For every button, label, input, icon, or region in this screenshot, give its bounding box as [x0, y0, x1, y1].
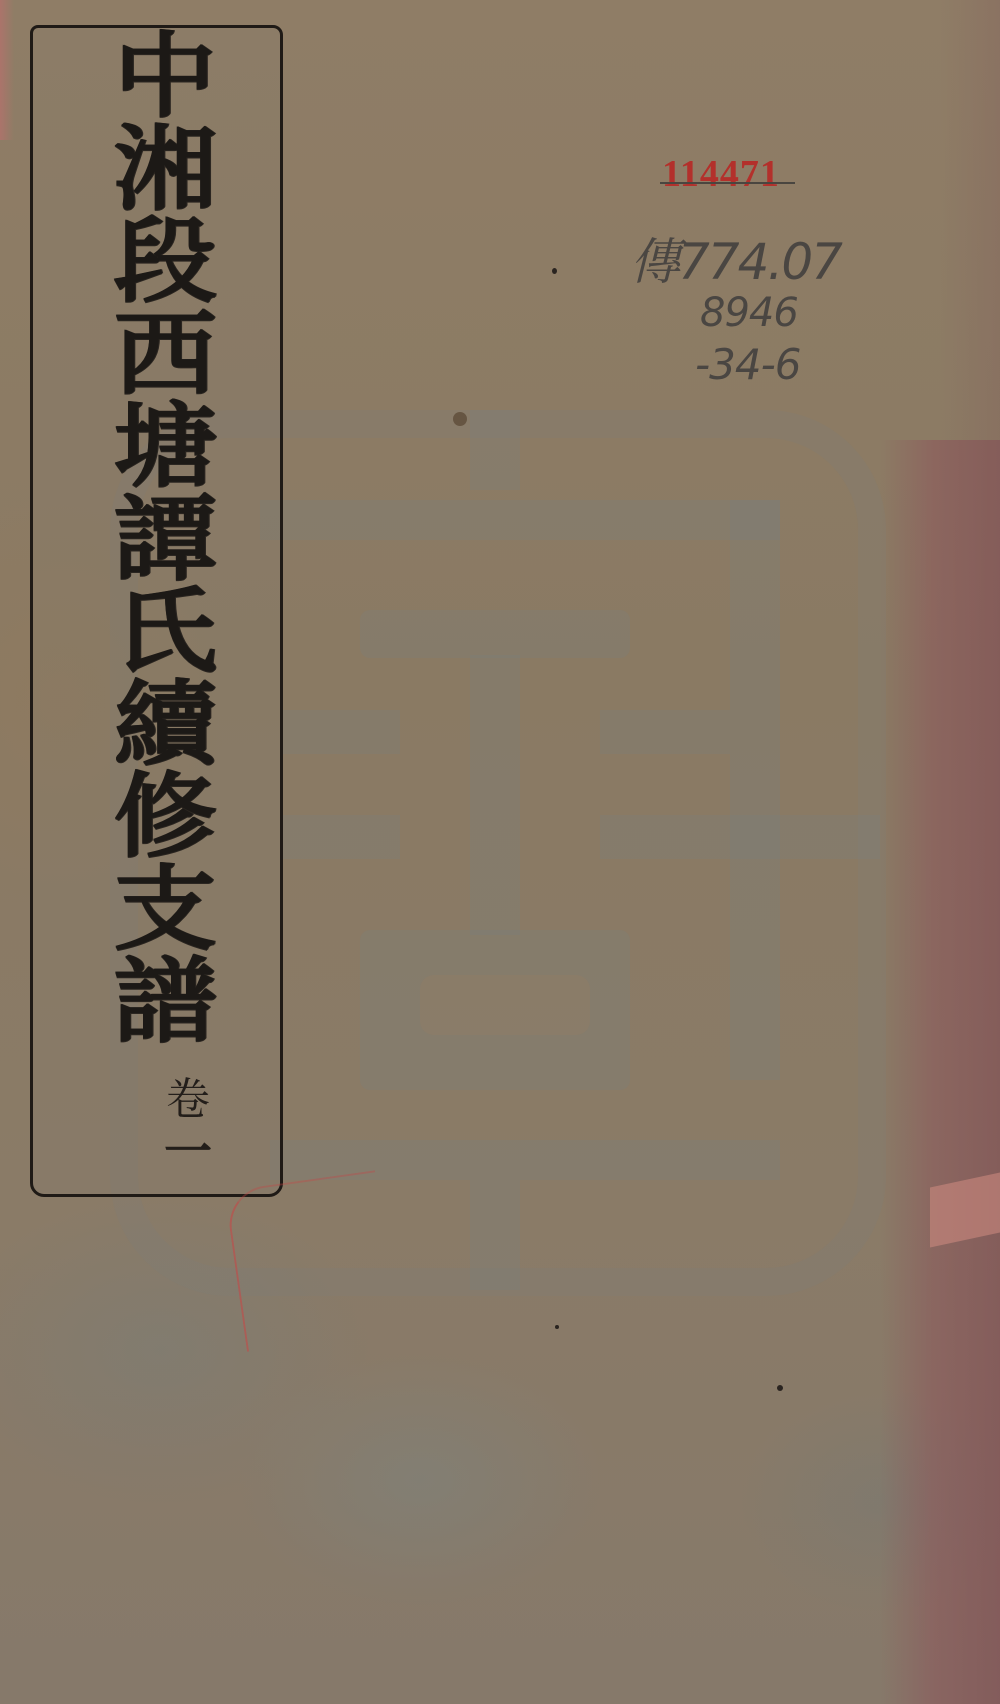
seal-stroke [600, 710, 730, 754]
stain-spot [555, 1325, 559, 1329]
stain-spot [777, 1385, 783, 1391]
title-char: 中 [113, 30, 216, 123]
title-char: 段 [113, 215, 216, 308]
seal-stroke [280, 710, 400, 754]
title-char: 氏 [113, 585, 216, 678]
seal-counter [420, 975, 590, 1035]
seal-stroke [360, 930, 630, 1090]
title-char: 西 [113, 308, 216, 401]
title-char: 譜 [113, 955, 216, 1048]
seal-stroke [600, 815, 880, 859]
stain-spot [453, 412, 467, 426]
volume-char: 卷 [166, 1070, 210, 1130]
strikethrough-line [660, 182, 795, 184]
volume-label: 卷 一 [158, 1070, 218, 1174]
title-char: 修 [113, 770, 216, 863]
title-char: 續 [113, 678, 216, 771]
title-char: 塘 [113, 400, 216, 493]
seal-stroke [280, 815, 400, 859]
accession-number: 114471 [662, 152, 780, 196]
left-edge-stain [0, 0, 14, 140]
call-number-line-3: -34-6 [695, 340, 800, 389]
title-column: 中 湘 段 西 塘 譚 氏 續 修 支 譜 [70, 30, 260, 1048]
seal-stroke [470, 1180, 520, 1290]
seal-stroke [260, 500, 780, 540]
seal-stroke [730, 500, 780, 1080]
red-pencil-scribble [224, 1170, 397, 1352]
title-char: 支 [113, 863, 216, 956]
right-edge-shadow [940, 0, 1000, 440]
call-number-line-2: 8946 [700, 290, 798, 336]
volume-number: 一 [164, 1130, 212, 1174]
right-edge-stain [880, 440, 1000, 1704]
seal-stroke [360, 610, 630, 658]
title-char: 譚 [113, 493, 216, 586]
call-number-line-1: 傳774.07 [630, 222, 841, 294]
document-cover: 中 湘 段 西 塘 譚 氏 續 修 支 譜 卷 一 114471 傳774.07… [0, 0, 1000, 1704]
stain-spot [552, 268, 557, 274]
seal-stroke [470, 410, 520, 490]
seal-stroke [470, 655, 520, 935]
title-char: 湘 [113, 123, 216, 216]
